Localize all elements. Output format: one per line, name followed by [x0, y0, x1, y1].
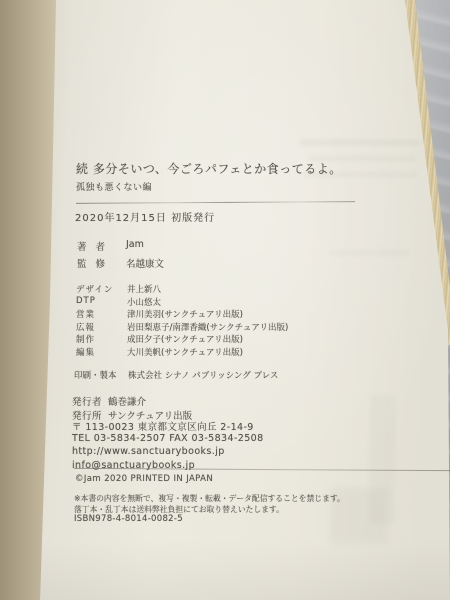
book-subtitle: 孤独も悪くない編 — [76, 180, 342, 193]
postal-address: 〒 113-0023 東京都文京区向丘 2-14-9 — [72, 419, 264, 433]
credit-row: 監 修 名越康文 — [77, 256, 164, 273]
website-url: http://www.sanctuarybooks.jp — [72, 446, 264, 460]
copy-prohibition-note: ※本書の内容を無断で、複写・複製・転載・データ配信することを禁じます。 — [74, 493, 345, 504]
credit-row: デザイン 井上新八 — [76, 283, 288, 296]
credit-value: 名越康文 — [126, 256, 164, 273]
credit-label: 著 者 — [77, 239, 126, 256]
legal-notes: ※本書の内容を無断で、複写・複製・転載・データ配信することを禁じます。 落丁本・… — [74, 493, 345, 514]
staff-credits: デザイン 井上新八 DTP 小山悠太 営業 津川美羽(サンクチュアリ出版) 広報… — [76, 283, 288, 359]
publisher-row: 発行者 鶴巻謙介 — [72, 394, 192, 408]
primary-credits: 著 者 Jam 監 修 名越康文 — [77, 239, 164, 273]
credit-value: 小山悠太 — [127, 296, 161, 309]
credit-value: Jam — [126, 239, 144, 256]
credit-row: 広報 岩田梨恵子/南澤香織(サンクチュアリ出版) — [76, 321, 288, 334]
credit-label: 印刷・製本 — [74, 369, 128, 381]
credit-label: 広報 — [76, 321, 127, 334]
publisher-label: 発行者 — [72, 394, 108, 408]
credit-row: 制作 成田夕子(サンクチュアリ出版) — [76, 333, 288, 346]
isbn-line: ISBN978-4-8014-0082-5 — [74, 514, 183, 524]
credit-value: 津川美羽(サンクチュアリ出版) — [127, 308, 243, 321]
copyright-line: ©Jam 2020 PRINTED IN JAPAN — [75, 474, 213, 484]
phone-fax: TEL 03-5834-2507 FAX 03-5834-2508 — [72, 433, 264, 447]
credit-label: デザイン — [76, 283, 127, 296]
address-block: 〒 113-0023 東京都文京区向丘 2-14-9 TEL 03-5834-2… — [72, 419, 264, 473]
printing-credit: 印刷・製本 株式会社 シナノ パブリッシング プレス — [74, 369, 278, 381]
credit-label: DTP — [76, 296, 127, 309]
publisher-value: 鶴巻謙介 — [108, 394, 146, 408]
credit-label: 営業 — [76, 308, 127, 321]
publisher-block: 発行者 鶴巻謙介 発行所 サンクチュアリ出版 — [72, 394, 192, 421]
credit-value: 成田夕子(サンクチュアリ出版) — [127, 333, 243, 346]
title-block: 続 多分そいつ、今ごろパフェとか食ってるよ。 孤独も悪くない編 — [76, 160, 342, 193]
replacement-note: 落丁本・乱丁本は送料弊社負担にてお取り替えいたします。 — [74, 504, 345, 515]
edition-line: 2020年12月15日 初版発行 — [75, 209, 215, 224]
contact-email: info@sanctuarybooks.jp — [72, 460, 264, 474]
credit-value: 株式会社 シナノ パブリッシング プレス — [128, 369, 278, 381]
credit-value: 大川美帆(サンクチュアリ出版) — [127, 346, 243, 359]
credit-row: 著 者 Jam — [77, 239, 164, 256]
credit-label: 制作 — [76, 333, 127, 346]
credit-row: 編集 大川美帆(サンクチュアリ出版) — [76, 346, 288, 359]
credit-label: 編集 — [76, 346, 127, 359]
book-title: 続 多分そいつ、今ごろパフェとか食ってるよ。 — [76, 160, 342, 177]
title-divider — [76, 201, 355, 204]
credit-value: 井上新八 — [127, 283, 161, 296]
credit-label: 監 修 — [77, 256, 126, 273]
colophon-text: 続 多分そいつ、今ごろパフェとか食ってるよ。 孤独も悪くない編 2020年12月… — [0, 0, 450, 600]
credit-row: 営業 津川美羽(サンクチュアリ出版) — [76, 308, 288, 321]
credit-row: DTP 小山悠太 — [76, 296, 288, 309]
credit-value: 岩田梨恵子/南澤香織(サンクチュアリ出版) — [127, 321, 288, 334]
book-colophon-photo: 続 多分そいつ、今ごろパフェとか食ってるよ。 孤独も悪くない編 2020年12月… — [0, 0, 450, 600]
